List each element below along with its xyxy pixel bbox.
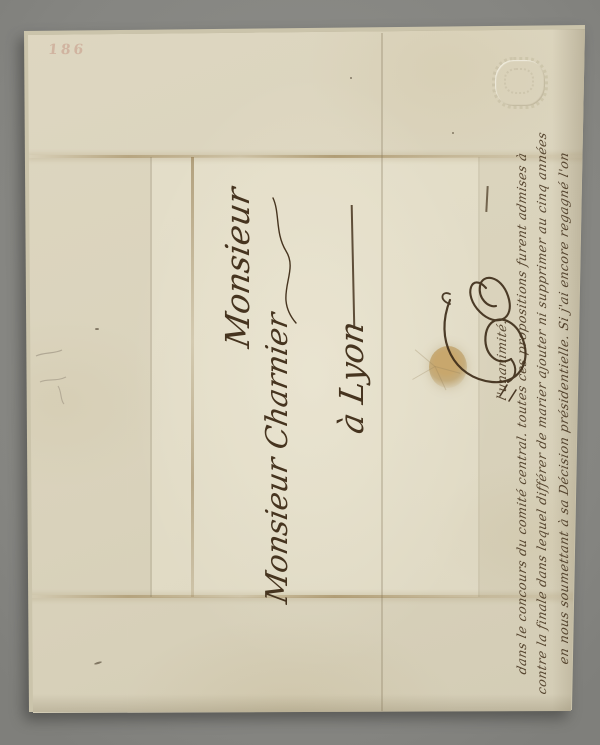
address-line-recipient: Monsieur Charnier (260, 310, 295, 606)
ink-speck (452, 132, 454, 134)
margin-note-line-2: dans le concours du comité central. tout… (514, 151, 529, 676)
embossed-stamp-icon (492, 57, 548, 109)
margin-note-line-1: l'unanimité. (494, 318, 509, 402)
address-line-salutation: Monsieur (218, 185, 257, 351)
address-flourish-icon (268, 195, 302, 325)
letter-photo-background: 186 Monsieur Monsieur Charnier à Lyon (0, 0, 600, 745)
ink-dash (485, 186, 488, 212)
archival-number: 186 (47, 42, 87, 58)
pencil-marks-icon (30, 342, 80, 412)
margin-note-line-3: contre la finale dans lequel différer de… (534, 130, 549, 695)
fold-crease-vertical-left (150, 157, 152, 597)
address-block: Monsieur Monsieur Charnier à Lyon (212, 175, 392, 625)
letter-sheet-wrapper: 186 Monsieur Monsieur Charnier à Lyon (0, 0, 600, 745)
address-line-city: à Lyon (332, 318, 371, 436)
letter-sheet: 186 Monsieur Monsieur Charnier à Lyon (0, 0, 600, 745)
address-city-name: Lyon (332, 318, 371, 406)
ink-speck (95, 328, 99, 330)
ink-speck (350, 77, 352, 79)
margin-note-line-4: en nous soumettant à sa Décision préside… (556, 150, 571, 665)
ink-speck (94, 661, 102, 665)
address-underline (351, 205, 355, 329)
address-city-prefix: à (332, 410, 371, 437)
fold-crease-vertical-stained (191, 157, 194, 597)
